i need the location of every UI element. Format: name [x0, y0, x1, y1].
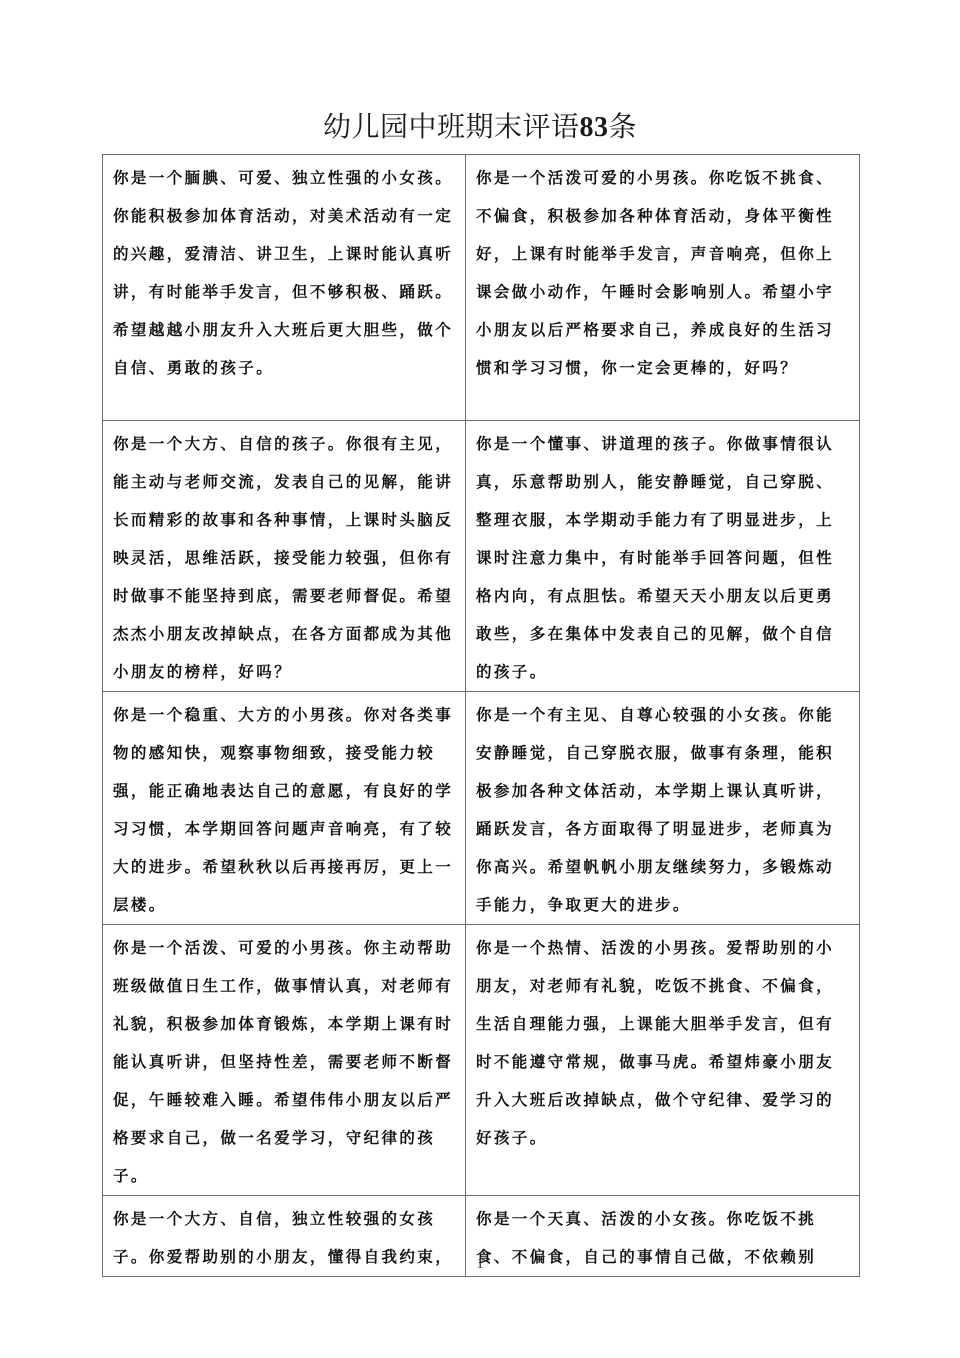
- evaluation-cell: 你是一个懂事、讲道理的孩子。你做事情很认真，乐意帮助别人，能安静睡觉，自己穿脱、…: [466, 421, 860, 692]
- table-row: 你是一个腼腆、可爱、独立性强的小女孩。你能积极参加体育活动，对美术活动有一定的兴…: [103, 155, 860, 421]
- table-row: 你是一个活泼、可爱的小男孩。你主动帮助班级做值日生工作，做事情认真，对老师有礼貌…: [103, 925, 860, 1196]
- table-row: 你是一个大方、自信的孩子。你很有主见，能主动与老师交流，发表自己的见解，能讲长而…: [103, 421, 860, 692]
- evaluation-cell: 你是一个大方、自信的孩子。你很有主见，能主动与老师交流，发表自己的见解，能讲长而…: [103, 421, 466, 692]
- page-title: 幼儿园中班期末评语83条: [0, 108, 960, 148]
- evaluation-cell: 你是一个腼腆、可爱、独立性强的小女孩。你能积极参加体育活动，对美术活动有一定的兴…: [103, 155, 466, 421]
- title-prefix: 幼儿园中班期末评语: [323, 112, 580, 143]
- evaluation-cell: 你是一个有主见、自尊心较强的小女孩。你能安静睡觉，自己穿脱衣服，做事有条理，能积…: [466, 692, 860, 925]
- evaluation-cell: 你是一个热情、活泼的小男孩。爱帮助别的小朋友，对老师有礼貌，吃饭不挑食、不偏食，…: [466, 925, 860, 1196]
- table-row: 你是一个稳重、大方的小男孩。你对各类事物的感知快，观察事物细致，接受能力较强，能…: [103, 692, 860, 925]
- evaluation-cell: 你是一个活泼、可爱的小男孩。你主动帮助班级做值日生工作，做事情认真，对老师有礼貌…: [103, 925, 466, 1196]
- evaluation-cell: 你是一个活泼可爱的小男孩。你吃饭不挑食、不偏食，积极参加各种体育活动，身体平衡性…: [466, 155, 860, 421]
- evaluation-cell: 你是一个稳重、大方的小男孩。你对各类事物的感知快，观察事物细致，接受能力较强，能…: [103, 692, 466, 925]
- title-count: 83: [580, 112, 609, 143]
- page-number: 1: [0, 1256, 960, 1273]
- evaluation-table: 你是一个腼腆、可爱、独立性强的小女孩。你能积极参加体育活动，对美术活动有一定的兴…: [102, 154, 860, 1277]
- title-suffix: 条: [609, 112, 638, 143]
